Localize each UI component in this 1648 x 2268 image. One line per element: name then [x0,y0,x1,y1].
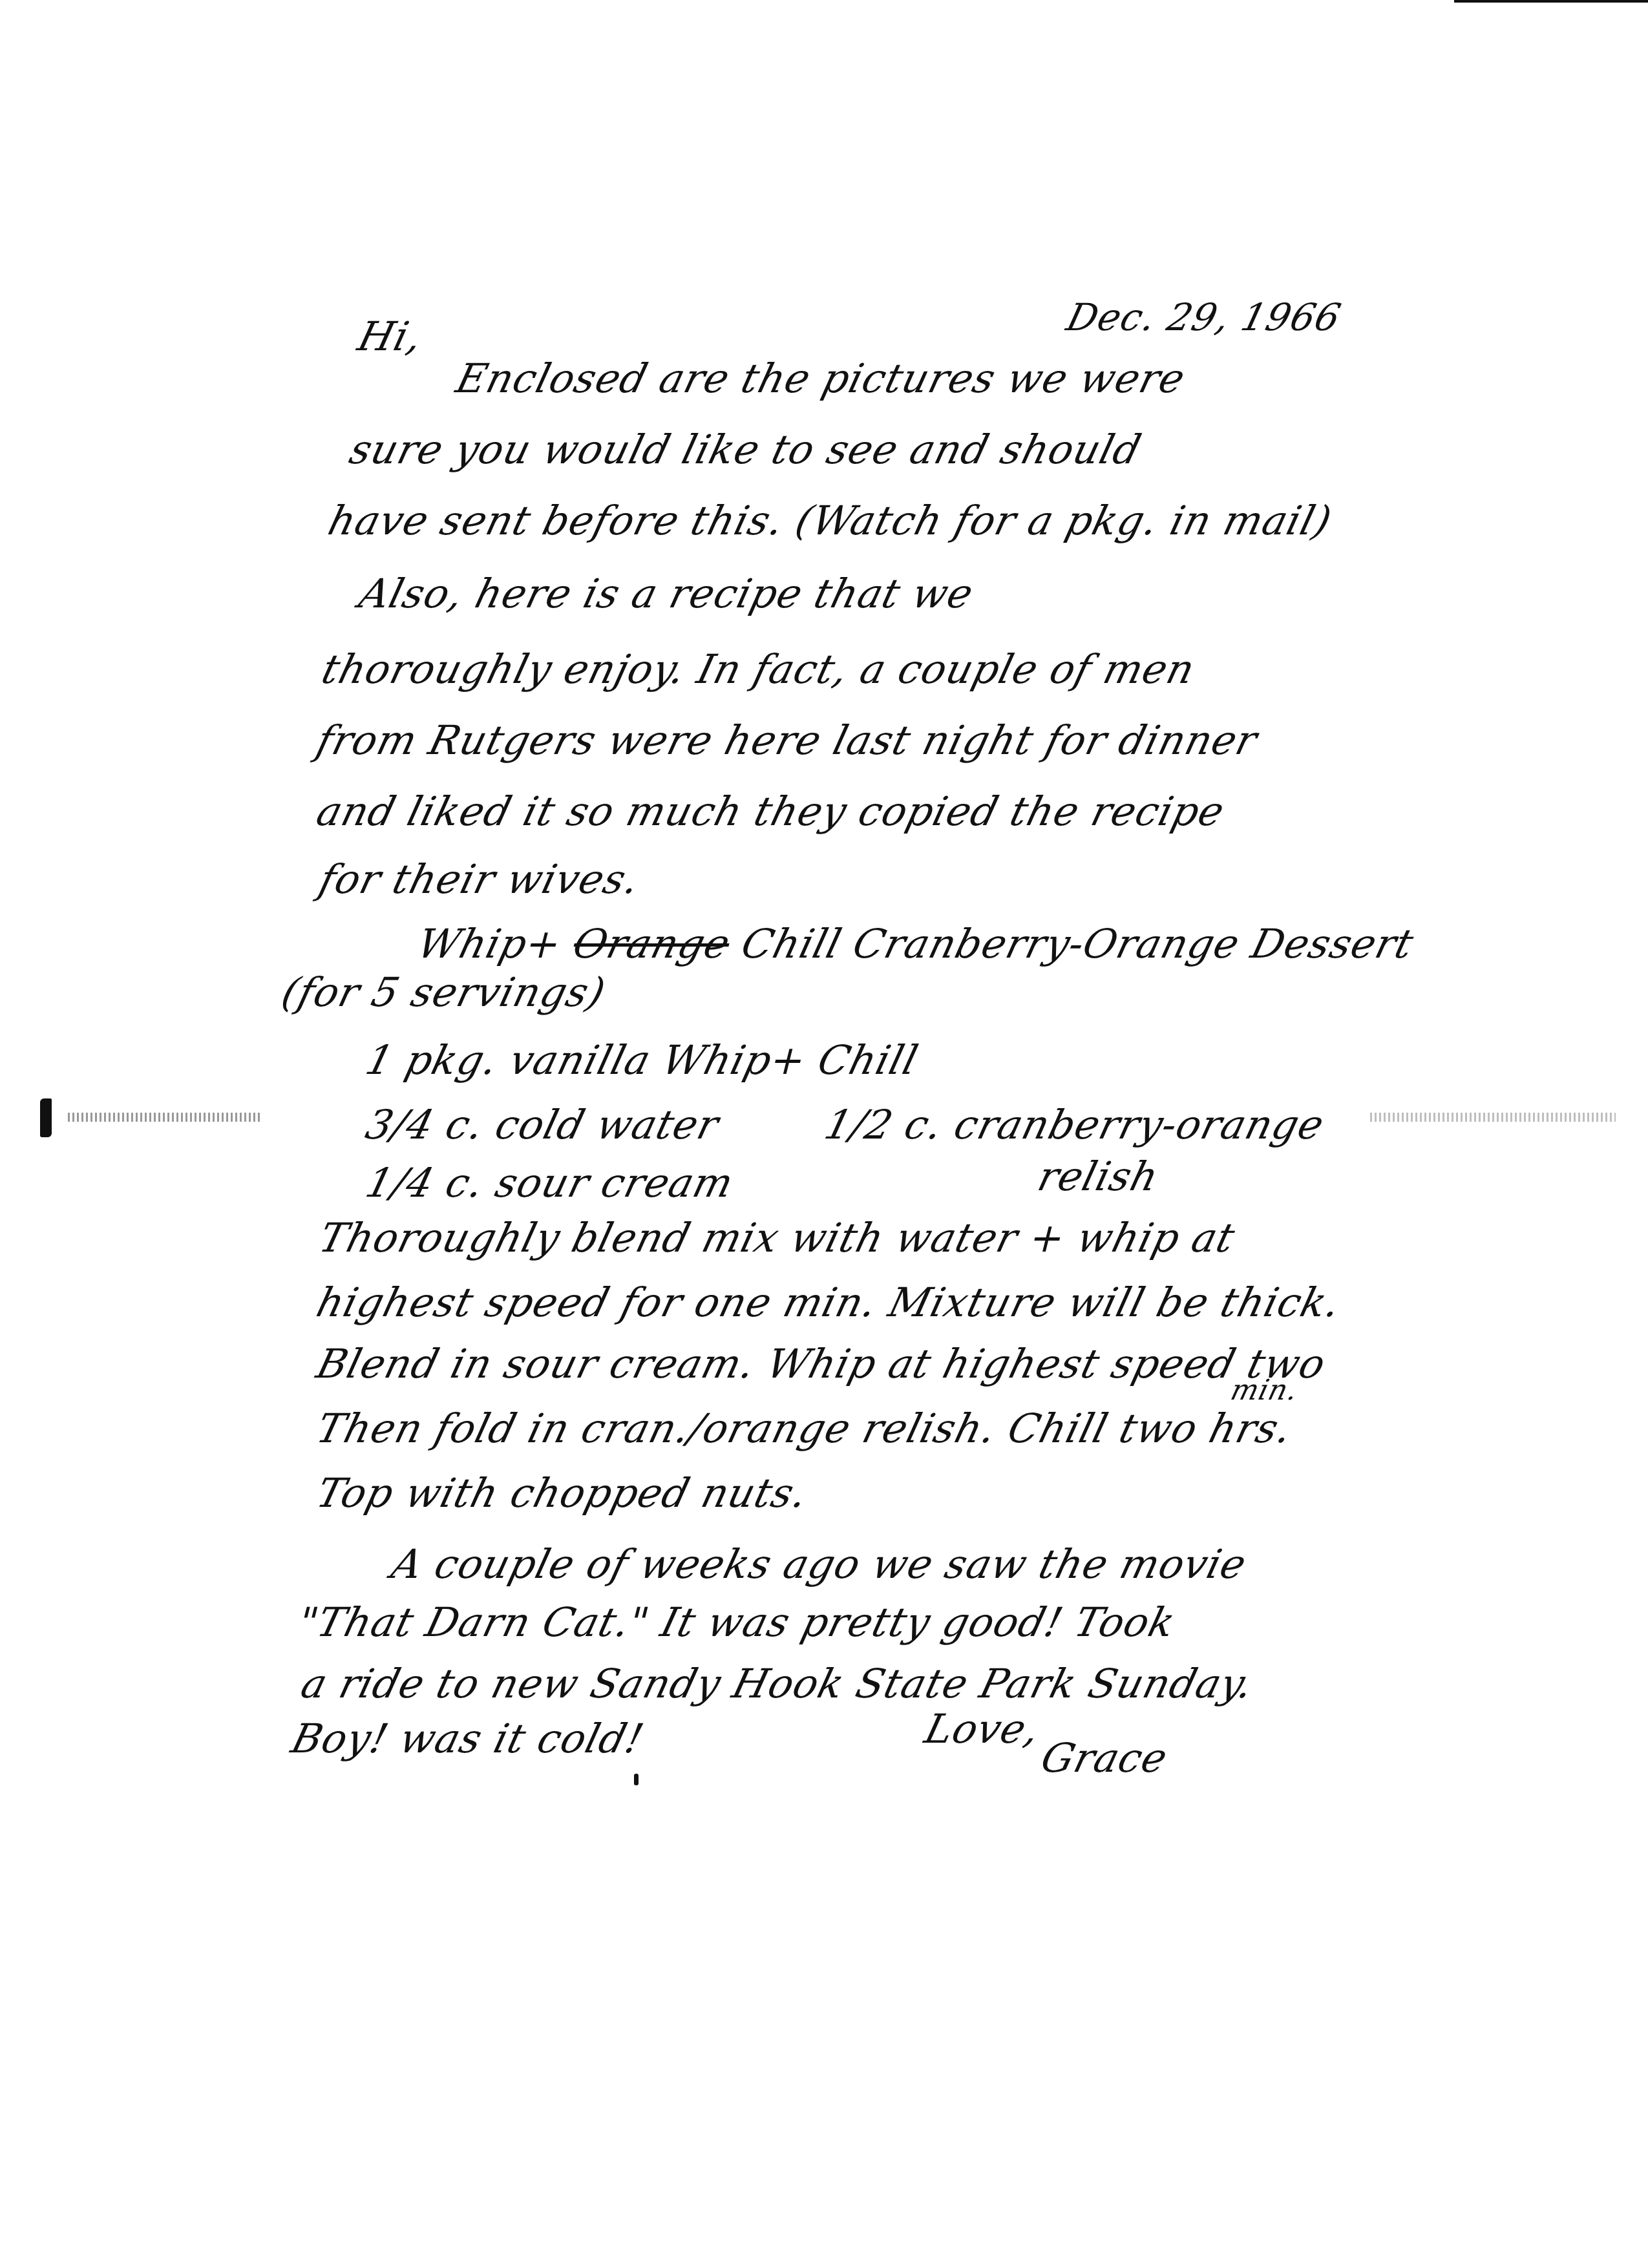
scanned-letter-page: Dec. 29, 1966 Hi, Enclosed are the pictu… [0,0,1648,2268]
instruction-line3: Blend in sour cream. Whip at highest spe… [313,1344,1330,1384]
instruction-line3-min: min. [1228,1376,1301,1405]
ingredient-cold-water: 3/4 c. cold water [362,1105,723,1145]
letter-greeting: Hi, [354,317,427,357]
ingredient-cranberry-relish: 1/2 c. cranberry-orange [821,1105,1328,1145]
ink-speck [634,1774,639,1785]
paragraph3-line4: Boy! was it cold! [288,1719,648,1759]
ingredient-sour-cream: 1/4 c. sour cream [362,1163,737,1203]
paragraph2-line5: for their wives. [315,859,644,899]
paragraph2-line1: Also, here is a recipe that we [355,574,977,614]
paragraph2-line4: and liked it so much they copied the rec… [313,792,1229,832]
scan-fold-artifact-left [68,1113,262,1122]
staple-mark [40,1098,52,1137]
paragraph3-line2: "That Darn Cat." It was pretty good! Too… [294,1602,1179,1643]
letter-closing: Love, [921,1709,1044,1749]
recipe-title-prefix: Whip+ [413,920,567,967]
instruction-line4: Then fold in cran./orange relish. Chill … [313,1409,1296,1449]
paragraph1-line1: Enclosed are the pictures we were [452,359,1189,399]
paragraph2-line2: thoroughly enjoy. In fact, a couple of m… [318,649,1199,689]
instruction-line2: highest speed for one min. Mixture will … [313,1283,1345,1323]
letter-date: Dec. 29, 1966 [1063,299,1345,336]
instruction-line5: Top with chopped nuts. [313,1473,812,1513]
scan-fold-artifact-right [1370,1113,1616,1122]
paragraph1-line3: have sent before this. (Watch for a pkg.… [324,501,1336,541]
recipe-title-struck-word: Orange [569,920,735,967]
paragraph2-line3: from Rutgers were here last night for di… [313,720,1262,761]
paragraph3-line3: a ride to new Sandy Hook State Park Sund… [297,1664,1258,1704]
paragraph1-line2: sure you would like to see and should [346,430,1145,470]
letter-signature: Grace [1037,1738,1172,1778]
ingredient-relish-cont: relish [1034,1157,1163,1197]
paragraph3-line1: A couple of weeks ago we saw the movie [388,1544,1251,1584]
recipe-title-rest: Chill Cranberry-Orange Dessert [737,920,1419,967]
ingredient-whip-chill: 1 pkg. vanilla Whip+ Chill [362,1040,922,1080]
instruction-line1: Thoroughly blend mix with water + whip a… [315,1218,1239,1258]
recipe-title: Whip+ Orange Chill Cranberry-Orange Dess… [414,924,1418,964]
recipe-servings: (for 5 servings) [278,972,609,1013]
scan-edge-mark [1454,0,1648,3]
